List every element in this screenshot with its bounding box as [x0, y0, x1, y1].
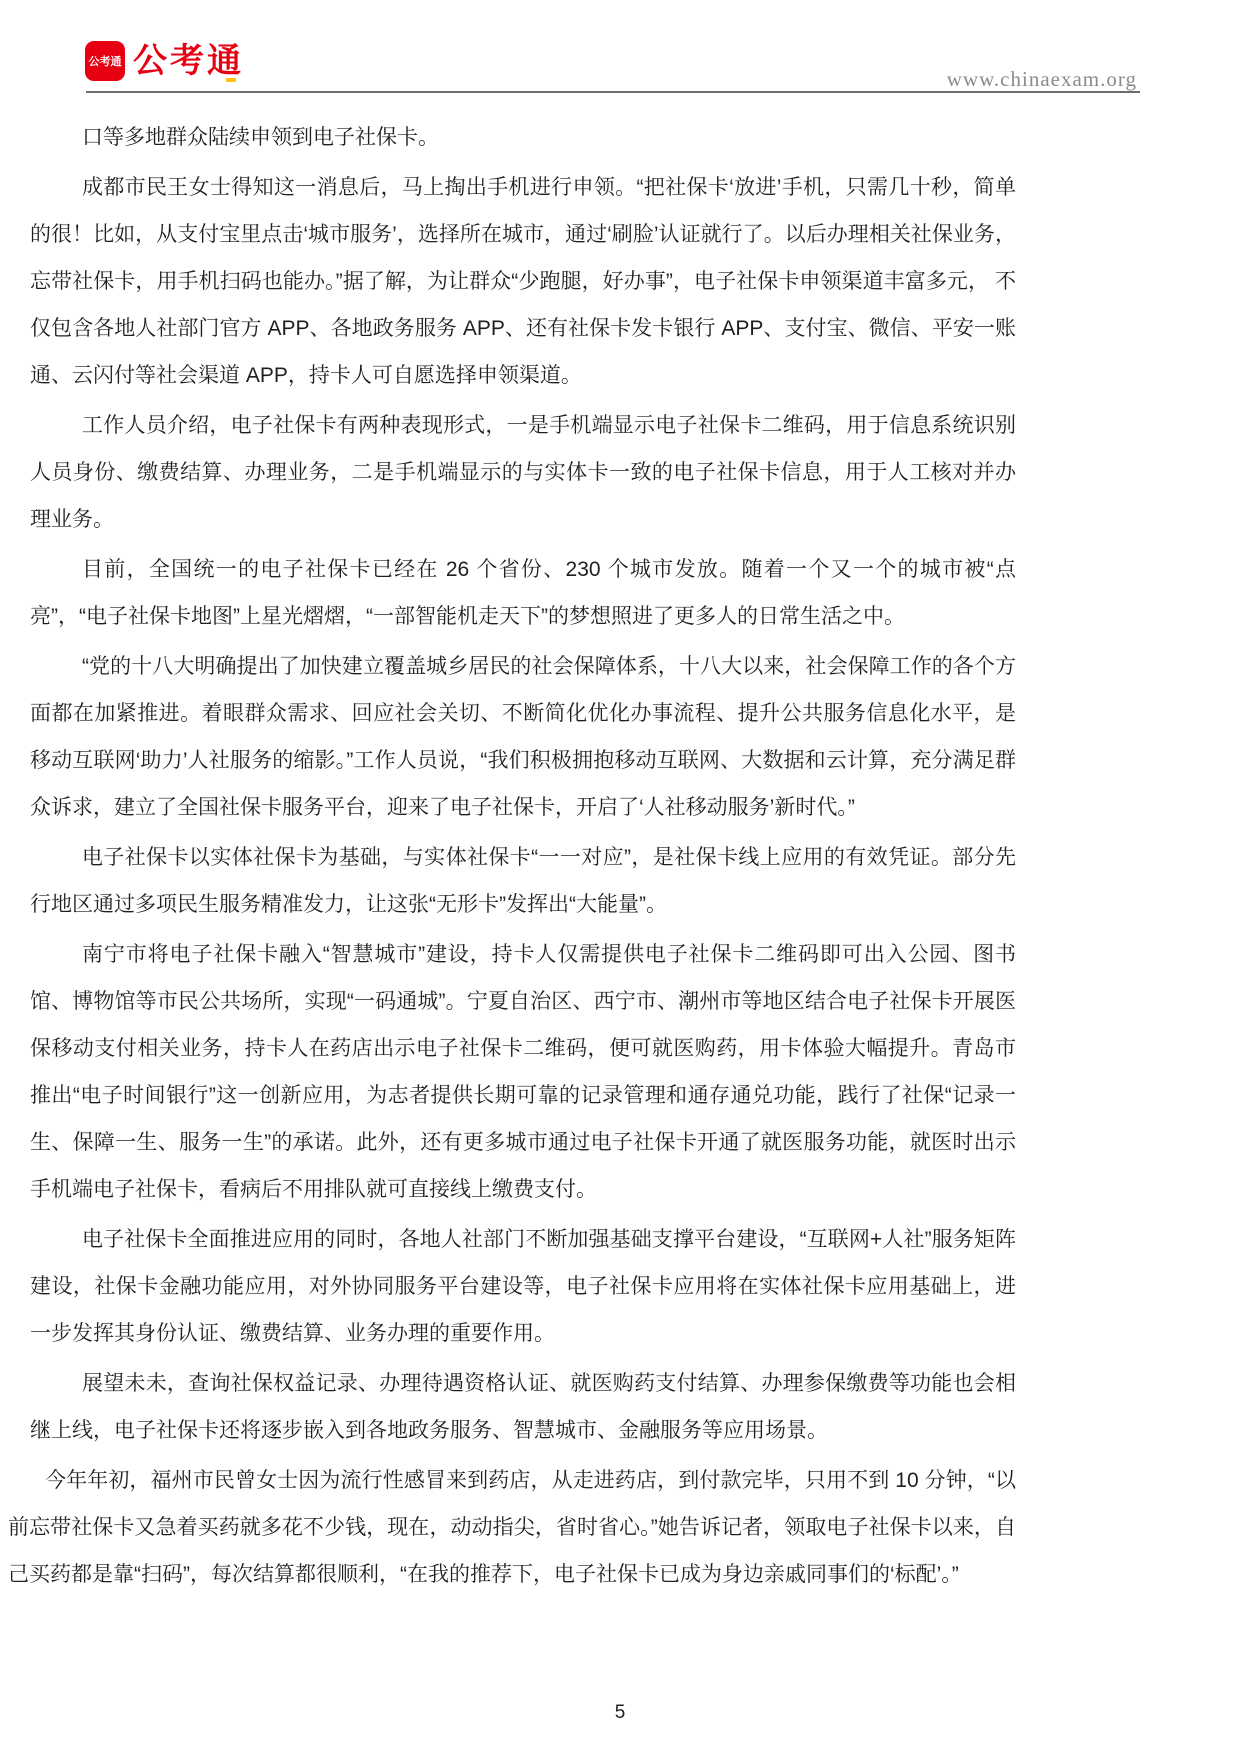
header-divider	[86, 91, 1140, 93]
logo-accent-mark	[226, 78, 236, 82]
paragraph-fuzhou-citizen: 今年年初，福州市民曾女士因为流行性感冒来到药店，从走进药店，到付款完毕，只用不到…	[8, 1457, 1016, 1598]
gongkaotong-logo-icon: 公考通	[85, 41, 125, 81]
paragraph-18th-congress: “党的十八大明确提出了加快建立覆盖城乡居民的社会保障体系，十八大以来，社会保障工…	[30, 643, 1016, 831]
page-number: 5	[615, 1702, 626, 1723]
page-footer: 5	[0, 1702, 1240, 1724]
paragraph-two-forms: 工作人员介绍，电子社保卡有两种表现形式，一是手机端显示电子社保卡二维码，用于信息…	[30, 402, 1016, 543]
page-header: 公考通 公考通 www.chinaexam.org	[0, 0, 1240, 93]
paragraph-city-examples: 南宁市将电子社保卡融入“智慧城市”建设，持卡人仅需提供电子社保卡二维码即可出入公…	[30, 931, 1016, 1213]
paragraph-virtual-card: 电子社保卡以实体社保卡为基础，与实体社保卡“一一对应”，是社保卡线上应用的有效凭…	[30, 834, 1016, 928]
paragraph-coverage: 目前，全国统一的电子社保卡已经在 26 个省份、230 个城市发放。随着一个又一…	[30, 546, 1016, 640]
site-url: www.chinaexam.org	[947, 67, 1137, 92]
paragraph-future-outlook: 展望未未，查询社保权益记录、办理待遇资格认证、就医购药支付结算、办理参保缴费等功…	[30, 1360, 1016, 1454]
paragraph-continuation: 口等多地群众陆续申领到电子社保卡。	[30, 114, 1016, 161]
paragraph-chengdu-citizen: 成都市民王女士得知这一消息后，马上掏出手机进行申领。“把社保卡‘放进’手机，只需…	[30, 164, 1016, 399]
logo-wordmark: 公考通	[133, 44, 244, 78]
article-body: 口等多地群众陆续申领到电子社保卡。 成都市民王女士得知这一消息后，马上掏出手机进…	[30, 114, 1016, 1601]
document-page: 公考通 公考通 www.chinaexam.org 口等多地群众陆续申领到电子社…	[0, 0, 1240, 1754]
brand: 公考通 公考通	[85, 41, 244, 81]
paragraph-platform-building: 电子社保卡全面推进应用的同时，各地人社部门不断加强基础支撑平台建设，“互联网+人…	[30, 1216, 1016, 1357]
